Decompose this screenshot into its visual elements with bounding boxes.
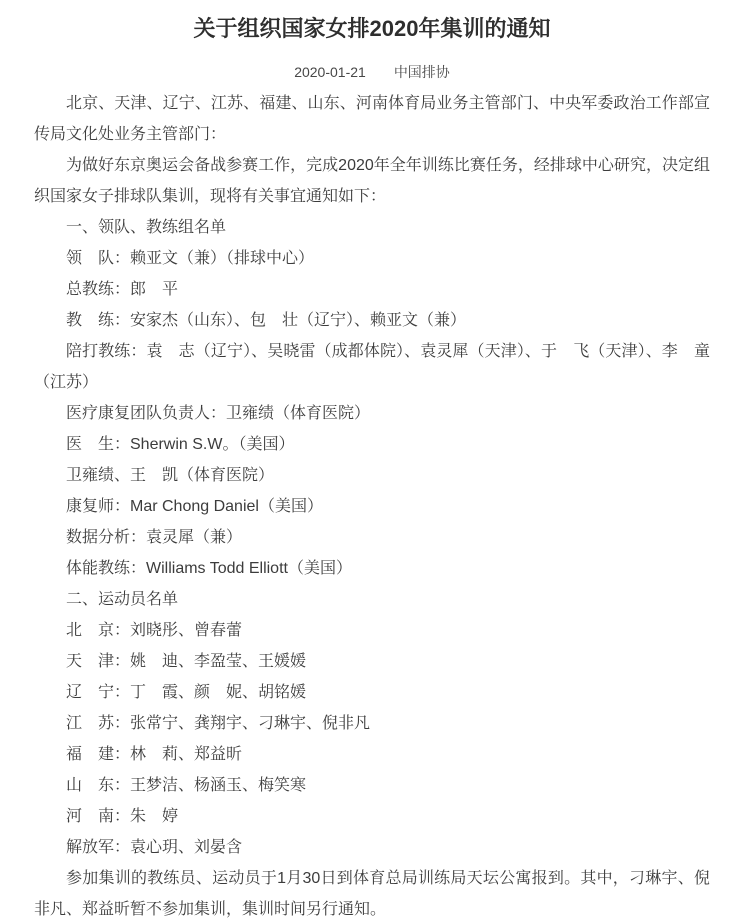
paragraph: 参加集训的教练员、运动员于1月30日到体育总局训练局天坛公寓报到。其中，刁琳宇、… [34,863,710,918]
paragraph: 北京、天津、辽宁、江苏、福建、山东、河南体育局业务主管部门、中央军委政治工作部宣… [34,88,710,150]
notice-page: 关于组织国家女排2020年集训的通知 2020-01-21中国排协 北京、天津、… [0,0,752,918]
document-body: 北京、天津、辽宁、江苏、福建、山东、河南体育局业务主管部门、中央军委政治工作部宣… [34,88,710,918]
paragraph: 辽 宁：丁 霞、颜 妮、胡铭媛 [34,677,710,708]
page-title: 关于组织国家女排2020年集训的通知 [34,14,710,44]
paragraph: 康复师：Mar Chong Daniel（美国） [34,491,710,522]
paragraph: 二、运动员名单 [34,584,710,615]
paragraph: 医 生：Sherwin S.W。（美国） [34,429,710,460]
paragraph: 河 南：朱 婷 [34,801,710,832]
paragraph: 总教练：郎 平 [34,274,710,305]
paragraph: 卫雍绩、王 凯（体育医院） [34,460,710,491]
paragraph: 领 队：赖亚文（兼）（排球中心） [34,243,710,274]
paragraph: 体能教练：Williams Todd Elliott（美国） [34,553,710,584]
paragraph: 北 京：刘晓彤、曾春蕾 [34,615,710,646]
paragraph: 陪打教练：袁 志（辽宁）、吴晓雷（成都体院）、袁灵犀（天津）、于 飞（天津）、李… [34,336,710,398]
publisher-name: 中国排协 [394,64,450,80]
paragraph: 山 东：王梦洁、杨涵玉、梅笑寒 [34,770,710,801]
paragraph: 教 练：安家杰（山东）、包 壮（辽宁）、赖亚文（兼） [34,305,710,336]
doc-meta-line: 2020-01-21中国排协 [34,62,710,82]
paragraph: 江 苏：张常宁、龚翔宇、刁琳宇、倪非凡 [34,708,710,739]
paragraph: 福 建：林 莉、郑益昕 [34,739,710,770]
publish-date: 2020-01-21 [294,64,366,80]
paragraph: 天 津：姚 迪、李盈莹、王媛媛 [34,646,710,677]
paragraph: 一、领队、教练组名单 [34,212,710,243]
paragraph: 为做好东京奥运会备战参赛工作，完成2020年全年训练比赛任务，经排球中心研究，决… [34,150,710,212]
paragraph: 医疗康复团队负责人：卫雍绩（体育医院） [34,398,710,429]
paragraph: 解放军：袁心玥、刘晏含 [34,832,710,863]
paragraph: 数据分析：袁灵犀（兼） [34,522,710,553]
